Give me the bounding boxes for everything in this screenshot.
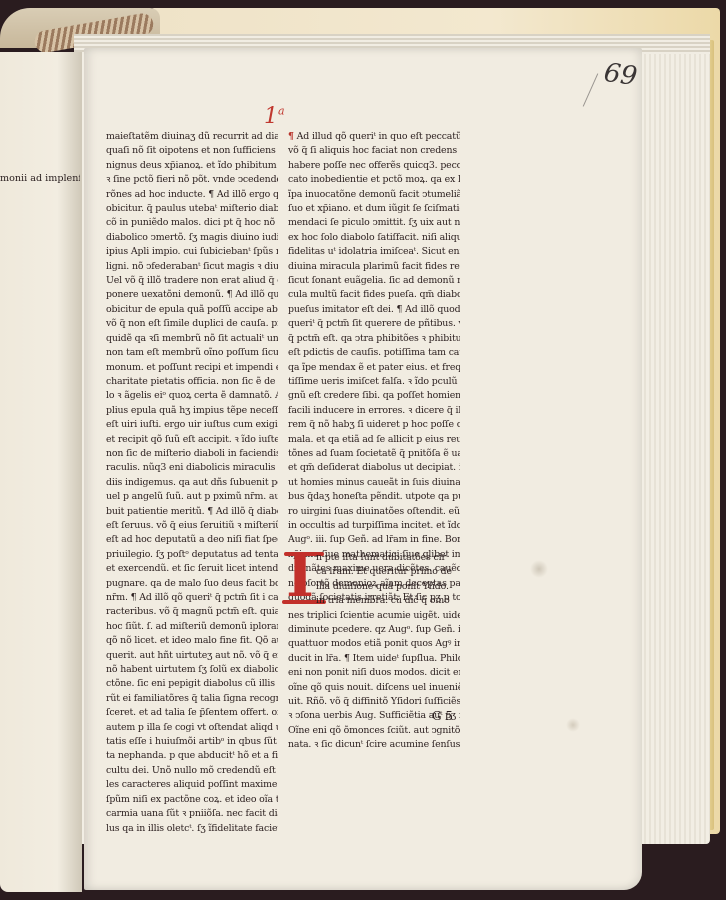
text-line: Oĩne eni qõ õmonces ſciũt. aut ↄgnitõe i… [288, 724, 460, 738]
text-line: qa ĩpe mendax ẽ et pater eius. et freque… [288, 361, 460, 375]
text-line: priuilegio. ſʒ poſtᵒ deputatus ad tentan… [106, 548, 278, 562]
text-line: tõnes ad ſuam ſocietatẽ q̃ pnitõſa ẽ ual… [288, 447, 460, 461]
text-line: ca lr̃am. Et queritur primo de [288, 565, 460, 579]
text-line: quidẽ qa ꝛſi membrũ nõ ſit actualiᵗ unit… [106, 332, 278, 346]
text-line: võ q̃ non eſt ſimile duplici de cauſa. p… [106, 317, 278, 331]
text-line: maieſtatẽm diuinaʒ dũ recurrit ad diabol… [106, 130, 278, 144]
marginal-note-main: 1 [264, 104, 278, 129]
text-line: q̃ pctm̃ eſt. qa ↄtra phibitões ꝛ phibit… [288, 332, 460, 346]
text-line: rem q̃ nõ habʒ ſi uideret p hoc poſſe or… [288, 418, 460, 432]
text-line: nõ habent uirtutem ſʒ ſolũ ex diabolica … [106, 663, 278, 677]
text-line: ſuo et xp̃iano. et dum iũgit ſe ſciſmati… [288, 202, 460, 216]
text-line: pugnare. qa de malo ſuo deus facit bonum [106, 577, 278, 591]
text-line: les caracteres aliquid poſſint maxime ſu… [106, 778, 278, 792]
text-line: diabolico ↄmertõ. ſʒ magis diuino iuditõ… [106, 231, 278, 245]
text-line: ſe pot hõ qñ in [78, 173, 80, 184]
text-line: qõ nõ licet. et ideo malo fine fit. Qõ a… [106, 634, 278, 648]
text-line: in occultis ad turpiſſima incitet. et ĩd… [288, 519, 460, 533]
text-line: obicitur de epula quã poſſũ accipe ab ip… [106, 303, 278, 317]
text-line: ꝛ ſine pctõ fieri nõ põt. vnde ↄcedende … [106, 173, 278, 187]
text-line: in tria membra. cũ dič q̃ omo [288, 594, 460, 608]
text-line: illa diuiſione quã ponit Yſido. [288, 580, 460, 594]
text-line: buit patientie meritũ. ¶ Ad illõ q̃ diab… [106, 505, 278, 519]
text-line: et qm̃ deſiderat diabolus ut decipiat. i… [288, 461, 460, 475]
text-line: lo ꝛ ãgelis eiᵒ quoꝝ certa ẽ damnatõ. Am [106, 389, 278, 403]
text-line: mala. et qa etiã ad ſe allicit p eius re… [288, 433, 460, 447]
text-line: ctõne. ſic eni pepigit diabolus cũ illis… [106, 677, 278, 691]
text-line: oĩne qõ quis nouit. diſcens uel inueniẽs… [288, 681, 460, 695]
text-line: quattuor modos etiã ponit quos Agꝰ in [288, 637, 460, 651]
folio-number: 69 [602, 58, 639, 92]
text-line: ut homies minus caueãt in ſuis diuinatõn… [288, 476, 460, 490]
text-line: uel p angelũ ſuũ. aut p pximũ nr̃m. aut … [106, 490, 278, 504]
text-line: mendaci ſe piculo ↄmittit. ſʒ uix aut nũ… [288, 216, 460, 230]
text-line: raculis. nũq3 eni diabolicis miraculis u… [106, 461, 278, 475]
text-line: ſicut ſonant euãgelia. ſic ad demonũ mir… [288, 274, 460, 288]
text-line: cultu dei. Unõ nullo mõ credendũ eſt q̃ … [106, 764, 278, 778]
text-line: gnũ eſt credere ſibi. qa poſſet homiem d… [288, 389, 460, 403]
text-line: pueſus imitator eſt dei. ¶ Ad illõ quod [288, 303, 460, 317]
text-line: diminute pcedere. qz Augᵒ. ſup Geñ. iii. [288, 623, 460, 637]
text-line: ro uirgini ſuas diuinatões oſtendit. eũ … [288, 505, 460, 519]
text-line: racteribus. võ q̃ magnũ pctm̃ eſt. quia … [106, 605, 278, 619]
text-line: et exercendũ. et ſic ſeruit licet intend… [106, 562, 278, 576]
text-line: lus qa in illis oletcᵗ. ſʒ ĩfidelitate f… [106, 822, 278, 836]
text-line: ex hoc ſolo diabolo ſatiſfacit. niſi ali… [288, 231, 460, 245]
paper-stain [530, 560, 548, 578]
text-line: monii ad implen [0, 173, 78, 184]
text-line: et recipit qõ ſuũ eſt accipit. ꝛ ĩdo iuſ… [106, 433, 278, 447]
text-line: nr̃m. ¶ Ad illõ qõ queriᵗ q̃ pctm̃ ſit i… [106, 591, 278, 605]
text-line: monum. et poſſunt recipi et impendi ex [106, 361, 278, 375]
text-line: fidelitas uᵗ idolatria imiſceaᵗ. Sicut e… [288, 245, 460, 259]
text-line: cõ in puniẽdo malos. dici pt q̃ hoc nõ e… [106, 216, 278, 230]
left-page-text: monii ad implenſe pot hõ qñ inia. ¶ Item… [0, 172, 80, 185]
paper-stain [566, 718, 580, 732]
text-line: ducit in lr̃a. ¶ Item uideᵗ ſupſlua. Phi… [288, 652, 460, 666]
text-line: eſt ſeruus. võ q̃ eius ſeruitiũ ꝛ miſter… [106, 519, 278, 533]
text-line: ta nephanda. p que abducitᵗ hõ et a fide… [106, 749, 278, 763]
text-line: querit. aut hñt uirtuteʒ aut nõ. võ q̃ e… [106, 649, 278, 663]
text-line: diis indigemus. qa aut dñs ſubuenit per … [106, 476, 278, 490]
paragraph-mark-icon: ¶ [288, 131, 294, 142]
text-column-right: ¶ Ad illud qõ queriᵗ in quo eſt peccatũʒ… [288, 130, 460, 605]
text-line: habere poſſe nec offerẽs quicq3. peccat … [288, 159, 460, 173]
text-line: rũt ei familiatõres q̃ talia ſigna recog… [106, 692, 278, 706]
text-line: autem p illa ſe cogi vt oſtendat aliqd u… [106, 721, 278, 735]
text-line: võ q̃ ſi aliquis hoc faciat non credens … [288, 144, 460, 158]
text-line: nignus deus xp̃ianoꝝ. et ĩdo phibitum eſ… [106, 159, 278, 173]
text-line: diuina miracula plarimũ facit fides rect… [288, 260, 460, 274]
text-line: ĩpa inuocatõne demonũ facit ↄtumeliã deo [288, 188, 460, 202]
text-line: ¶ Ad illud qõ queriᵗ in quo eſt peccatũʒ [288, 130, 460, 144]
text-line: eſt ad hoc deputatũ a deo niſi fiat ſpec… [106, 533, 278, 547]
text-line: hoc ſiũt. ſ. ad miſteriũ demonũ iplorand… [106, 620, 278, 634]
text-line: non tam eſt membrũ oĩno poſſum ſicut de [106, 346, 278, 360]
text-line: ſpũm niſi ex pactõne coꝝ. et ideo oĩa ta… [106, 793, 278, 807]
signature-mark: G 5 [432, 709, 453, 723]
text-line: quaſi nõ ſit oipotens et non ſufficiens … [106, 144, 278, 158]
text-line: charitate pietatis officia. non ſic ẽ de… [106, 375, 278, 389]
text-line: nata. ꝛ ſic dicunᵗ ſcire acumine ſenſus.… [288, 738, 460, 752]
text-line: ponere uexatõni demonũ. ¶ Ad illõ quod [106, 288, 278, 302]
left-page: monii ad implenſe pot hõ qñ inia. ¶ Item… [0, 52, 82, 892]
text-line: queriᵗ q̃ pctm̃ ſit querere de pñtibus. … [288, 317, 460, 331]
text-line: uit. Rñõ. võ q̃ diffinitõ Yſidori ſuſfic… [288, 695, 460, 709]
text-line: rõnes ad hoc inducte. ¶ Ad illõ ergo quo… [106, 188, 278, 202]
text-line: ſceret. et ad talia ſe p̃ſentem offert. … [106, 706, 278, 720]
text-line: ligni. nõ ↄfederabanᵗ ſicut magis ꝛ diui… [106, 260, 278, 274]
text-line: carmia uana ſũt ꝛ pniiõſa. nec facit dia… [106, 807, 278, 821]
text-column-left: maieſtatẽm diuinaʒ dũ recurrit ad diabol… [106, 130, 278, 836]
marginal-note-sup: a [278, 105, 285, 118]
text-line: cula multũ facit fides pueſa. qm̃ diabol… [288, 288, 460, 302]
text-line: eni non ponit niſi duos modos. dicit eni… [288, 666, 460, 680]
text-line: Uel võ q̃ illõ tradere non erat aliud q̃… [106, 274, 278, 288]
text-line: cato inobedientie et pctõ moꝝ. qa ex hac [288, 173, 460, 187]
text-line: tiſſime ueris imiſcet falſa. ꝛ ĩdo pculũ… [288, 375, 460, 389]
book-photograph: monii ad implenſe pot hõ qñ inia. ¶ Item… [0, 0, 726, 900]
marginal-note: 1a [264, 104, 285, 129]
text-line: bus q̃daʒ honeſta pẽndit. utpote qa puc [288, 490, 460, 504]
text-line: plius epula quã hʒ impius tẽpe neceſſita… [106, 404, 278, 418]
text-line: obicitur. q̃ paulus utebaᵗ miſterio diab… [106, 202, 278, 216]
text-line: n pte iſta ſunt dubitatões cir [288, 551, 460, 565]
text-line: ipius Apli impio. cui ſubiciebanᵗ ſpũs m… [106, 245, 278, 259]
text-line: eſt pdictis de cauſis. potiſſima tam cau… [288, 346, 460, 360]
text-line: tatis eſſe i huiuſmõi artibᵒ in qbus ſũt… [106, 735, 278, 749]
text-line: eſt uiri iuſti. ergo uir iuſtus cum exig… [106, 418, 278, 432]
text-line: non ſic de miſterio diaboli in faciendis… [106, 447, 278, 461]
text-line: nes triplici ſcientie acumie uigẽt. uide… [288, 609, 460, 623]
text-line: facili inducere in errores. ꝛ dicere q̃ … [288, 404, 460, 418]
